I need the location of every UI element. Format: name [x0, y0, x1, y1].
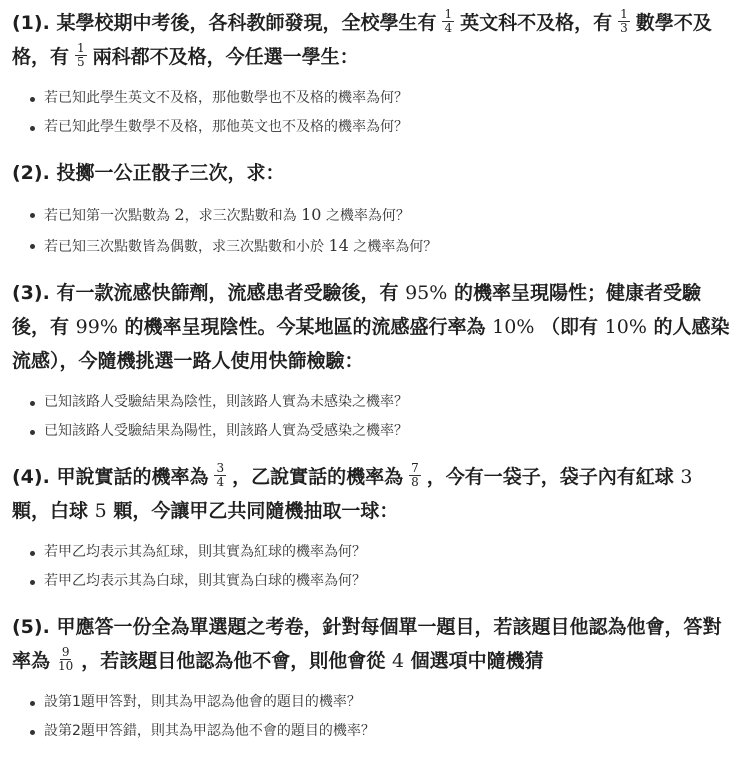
subquestion: 若已知第一次點數為 2，求三次點數和為 10 之機率為何？: [30, 200, 740, 231]
problem-1: (1). 某學校期中考後，各科教師發現，全校學生有14英文科不及格，有13數學不…: [12, 6, 740, 142]
fraction: 15: [75, 42, 87, 69]
subquestion-list: 若甲乙均表示其為紅球，則其實為紅球的機率為何？ 若甲乙均表示其為白球，則其實為白…: [12, 538, 740, 596]
fraction: 34: [214, 462, 226, 489]
subquestion: 設第2題甲答錯，則其為甲認為他不會的題目的機率？: [30, 717, 740, 746]
problem-2-statement: (2). 投擲一公正骰子三次，求：: [12, 156, 740, 190]
problem-label: (3).: [12, 282, 50, 304]
problem-label: (5).: [12, 616, 50, 638]
subquestion: 設第1題甲答對，則其為甲認為他會的題目的機率？: [30, 688, 740, 717]
subquestion: 若已知此學生英文不及格，那他數學也不及格的機率為何？: [30, 84, 740, 113]
fraction: 13: [618, 8, 630, 35]
problem-label: (2).: [12, 162, 50, 184]
subquestion-list: 設第1題甲答對，則其為甲認為他會的題目的機率？ 設第2題甲答錯，則其為甲認為他不…: [12, 688, 740, 746]
subquestion: 已知該路人受驗結果為陽性，則該路人實為受感染之機率？: [30, 417, 740, 446]
problem-5: (5). 甲應答一份全為單選題之考卷，針對每個單一題目，若該題目他認為他會，答對…: [12, 610, 740, 746]
subquestion: 若已知此學生數學不及格，那他英文也不及格的機率為何？: [30, 113, 740, 142]
fraction: 78: [409, 462, 421, 489]
problem-document: (1). 某學校期中考後，各科教師發現，全校學生有14英文科不及格，有13數學不…: [0, 0, 740, 746]
fraction: 14: [442, 8, 454, 35]
subquestion: 已知該路人受驗結果為陰性，則該路人實為未感染之機率？: [30, 388, 740, 417]
problem-4-statement: (4). 甲說實話的機率為34，乙說實話的機率為78，今有一袋子，袋子內有紅球 …: [12, 460, 740, 528]
subquestion: 若甲乙均表示其為白球，則其實為白球的機率為何？: [30, 567, 740, 596]
problem-4: (4). 甲說實話的機率為34，乙說實話的機率為78，今有一袋子，袋子內有紅球 …: [12, 460, 740, 596]
subquestion-list: 已知該路人受驗結果為陰性，則該路人實為未感染之機率？ 已知該路人受驗結果為陽性，…: [12, 388, 740, 446]
fraction: 910: [56, 646, 75, 673]
problem-label: (4).: [12, 466, 50, 488]
subquestion: 若已知三次點數皆為偶數，求三次點數和小於 14 之機率為何？: [30, 231, 740, 262]
problem-3-statement: (3). 有一款流感快篩劑，流感患者受驗後，有 95% 的機率呈現陽性；健康者受…: [12, 276, 740, 378]
problem-1-statement: (1). 某學校期中考後，各科教師發現，全校學生有14英文科不及格，有13數學不…: [12, 6, 740, 74]
subquestion-list: 若已知此學生英文不及格，那他數學也不及格的機率為何？ 若已知此學生數學不及格，那…: [12, 84, 740, 142]
problem-3: (3). 有一款流感快篩劑，流感患者受驗後，有 95% 的機率呈現陽性；健康者受…: [12, 276, 740, 446]
problem-2: (2). 投擲一公正骰子三次，求： 若已知第一次點數為 2，求三次點數和為 10…: [12, 156, 740, 262]
subquestion-list: 若已知第一次點數為 2，求三次點數和為 10 之機率為何？ 若已知三次點數皆為偶…: [12, 200, 740, 262]
subquestion: 若甲乙均表示其為紅球，則其實為紅球的機率為何？: [30, 538, 740, 567]
problem-5-statement: (5). 甲應答一份全為單選題之考卷，針對每個單一題目，若該題目他認為他會，答對…: [12, 610, 740, 678]
problem-label: (1).: [12, 12, 50, 34]
